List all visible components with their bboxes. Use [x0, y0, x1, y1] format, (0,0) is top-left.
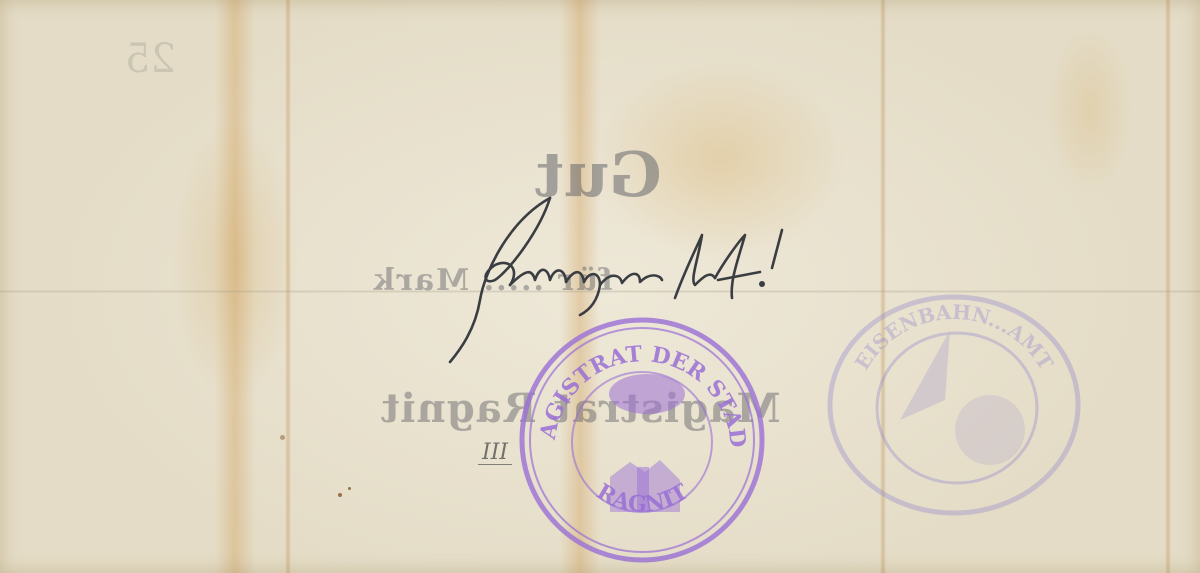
faded-stamp-text: EISENBAHN...AMT [850, 300, 1058, 374]
fold-line [1165, 0, 1171, 573]
ink-spot [338, 493, 342, 497]
svg-text:EISENBAHN...AMT: EISENBAHN...AMT [850, 300, 1058, 374]
ink-spot [280, 435, 285, 440]
banknote-reverse: 25 Gut für ..... Mark Magistrat Ragnit I… [0, 0, 1200, 573]
ink-spot [348, 487, 351, 490]
series-mark: III [478, 442, 512, 465]
fold-line [285, 0, 291, 573]
corner-number-bleed: 25 [125, 36, 176, 82]
faded-stamp: EISENBAHN...AMT [825, 290, 1083, 520]
eagle-emblem-icon [609, 374, 685, 414]
fold-stain-left [215, 0, 255, 573]
handwritten-note: Geprüft! [440, 190, 800, 370]
